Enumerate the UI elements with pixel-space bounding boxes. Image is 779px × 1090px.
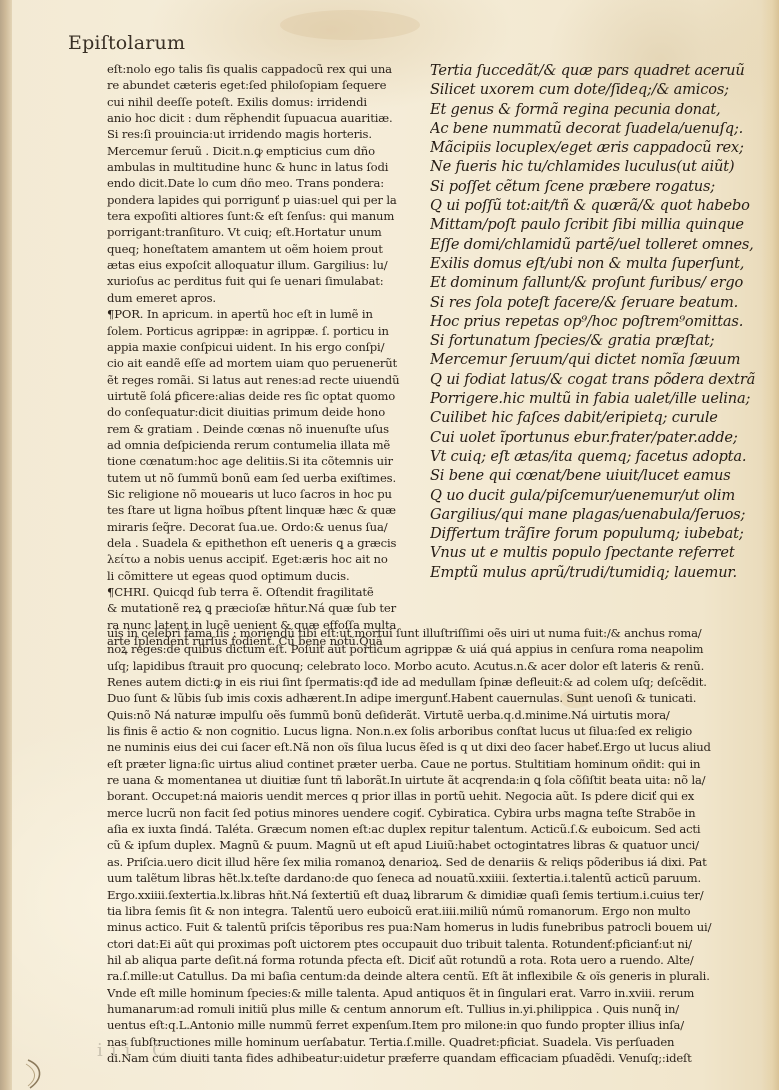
text-line: hil ab aliqua parte deſit.ná forma rotun… [107,952,762,968]
text-line: tia libra ſemis ſit & non integra. Talen… [107,903,762,919]
text-line: Duo ſunt & lũbis ſub imis coxis adhærent… [107,690,762,706]
text-line: Quis:nõ Ná naturæ impulſu oẽs ſummũ bonũ… [107,707,762,723]
text-line: queq; honeſtatem amantem ut oẽm hoiem pr… [107,241,425,257]
book-page-scan: Epiſtolarum eſt:nolo ego talis ſis quali… [0,0,779,1090]
text-line: eſt:nolo ego talis ſis qualis cappadocũ … [107,61,425,77]
text-line: cio ait eandẽ eſſe ad mortem uiam quo pe… [107,355,425,371]
text-line: borant. Occupet:ná maioris uendit merces… [107,788,762,804]
text-line: Hoc prius repetas op⁹/hoc poſtrem⁹omitta… [430,312,760,331]
text-line: ſolem. Porticus agrippæ: in agrippæ. ſ. … [107,323,425,339]
text-line: ad omnia deſpicienda rerum contumelia il… [107,437,425,453]
text-line: miraris ſeq̃re. Decorat ſua.ue. Ordo:& u… [107,519,425,535]
text-line: Et dominum fallunt/& proſunt furibus/ er… [430,273,760,292]
text-line: porrigant:tranſituro. Vt cuiq; eſt.Horta… [107,224,425,240]
text-line: appia maxie conſpicui uident. In his erg… [107,339,425,355]
text-line: noꝝ reges:de quibus dictum eſt. Poſuit a… [107,641,762,657]
text-line: Mercemur ſeruum/qui dictet nomĩa ſæuum [430,350,760,369]
text-line: uum talẽtum libras hẽt.lx.teſte dardano:… [107,870,762,886]
text-line: pondera lapides qui porrigunť p uias:uel… [107,192,425,208]
text-line: Q ui poſſũ tot:ait/tñ & quærã/& quot hab… [430,196,760,215]
text-line: ra.ſ.mille:ut Catullus. Da mi baſia cent… [107,968,762,984]
text-line: di.Nam cum diuiti tanta fides adhibeatur… [107,1050,762,1066]
text-line: Q uo ducit gula/piſcemur/uenemur/ut olim [430,486,760,505]
text-line: Et genus & formã regina pecunia donat, [430,100,760,119]
text-line: li cõmittere ut egeas quod optimum ducis… [107,568,425,584]
text-line: rem & gratiam . Deinde cœnas nõ inuenuſt… [107,421,425,437]
paper-stain [280,10,420,40]
text-line: cũ & ipſum duplex. Magnũ & puum. Magnũ u… [107,837,762,853]
text-line: ẽt reges romãi. Si latus aut renes:ad re… [107,372,425,388]
verse-right-column: Tertia ſuccedãt/& quæ pars quadret aceru… [430,61,760,582]
text-line: endo dicit.Date lo cum dño meo. Trans po… [107,175,425,191]
text-line: Emptũ mulus aprũ/trudi/tumidiq; lauemur. [430,563,760,582]
text-line: do conſequatur:dicit diuitias primum dei… [107,404,425,420]
text-line: cui nihil deeſſe poteſt. Exilis domus: i… [107,94,425,110]
text-line: ne numinis eius dei cui ſacer eſt.Nã non… [107,739,762,755]
text-line: Mãcipiis locuplex/eget æris cappadocũ re… [430,138,760,157]
commentary-left-column: eſt:nolo ego talis ſis qualis cappadocũ … [107,61,425,649]
text-line: ¶CHRI. Quicqd ſub terra ẽ. Oſtendit frag… [107,584,425,600]
signature-mark: iii C [97,1040,174,1061]
running-head: Epiſtolarum [68,32,185,54]
text-line: ætas eius expoſcit alloquatur illum. Gar… [107,257,425,273]
text-line: Si fortunatum ſpecies/& gratia præſtat; [430,331,760,350]
text-line: Vnus ut e multis populo ſpectante referr… [430,543,760,562]
text-line: as. Priſcia.uero dicit illud hẽre ſex mi… [107,854,762,870]
text-line: lis finis ẽ actio & non cognitio. Lucus … [107,723,762,739]
text-line: Vt cuiq; eſt ætas/ita quemq; facetus ado… [430,447,760,466]
text-line: anio hoc dicit : dum rẽphendit ſupuacua … [107,110,425,126]
text-line: Porrigere.hic multũ in fabia ualet/ille … [430,389,760,408]
text-line: Si poſſet cẽtum ſcene præbere rogatus; [430,177,760,196]
page-right-edge [761,0,779,1090]
commentary-full-width: uis in celebri fama ſis : moriendũ tibi … [107,625,762,1066]
text-line: tione cœnatum:hoc age delitiis.Si ita cõ… [107,453,425,469]
text-line: nas ſubſtructiones mille hominum uerſaba… [107,1034,762,1050]
text-line: Ac bene nummatũ decorat ſuadela/uenuſq;. [430,119,760,138]
text-line: ambulas in multitudine hunc & hunc in la… [107,159,425,175]
text-line: re abundet cæteris eget:ſed philoſopiam … [107,77,425,93]
text-line: Ne fueris hic tu/chlamides luculus(ut ai… [430,157,760,176]
text-line: dum emeret apros. [107,290,425,306]
text-line: λείτω a nobis uenus accipiť. Eget:æris h… [107,551,425,567]
text-line: minus actico. Fuit & talentũ priſcis tẽp… [107,919,762,935]
text-line: Ergo.xxiiii.ſextertia.lx.libras hñt.Ná ſ… [107,887,762,903]
text-line: uis in celebri fama ſis : moriendũ tibi … [107,625,762,641]
text-line: & mutationẽ reꝝ ꝗ præcioſæ hñtur.Ná quæ … [107,600,425,616]
text-line: Silicet uxorem cum dote/ſideq;/& amicos; [430,80,760,99]
text-line: ctori dat:Ei aũt qui proximas poſt uicto… [107,936,762,952]
text-line: aſia ex iuxta ſindá. Taléta. Græcum nome… [107,821,762,837]
text-line: Sic religione nõ mouearis ut luco ſacros… [107,486,425,502]
text-line: merce lucrũ non facit ſed potius minores… [107,805,762,821]
text-line: Exilis domus eſt/ubi non & multa ſuperſu… [430,254,760,273]
text-line: Q ui fodiat latus/& cogat trans põdera d… [430,370,760,389]
text-line: Vnde eſt mille hominum ſpecies:& mille t… [107,985,762,1001]
text-line: re uana & momentanea ut diuitiæ ſunt tñ … [107,772,762,788]
text-line: tes ſtare ut ligna hoĩbus ꝑſtent linquæ … [107,502,425,518]
page-gutter [0,0,12,1090]
text-line: Differtum trãſire forum populumq; iubeba… [430,524,760,543]
text-line: Si res ſola poteſt facere/& ſeruare beat… [430,293,760,312]
text-line: Renes autem dicti:ꝙ in eis riui ſint ſpe… [107,674,762,690]
text-line: Cuilibet hic faſces dabit/eripietq; curu… [430,408,760,427]
page-corner-curl-icon [24,1058,50,1090]
text-line: tera expoſiti altiores ſunt:& eſt ſenſus… [107,208,425,224]
text-line: Tertia ſuccedãt/& quæ pars quadret aceru… [430,61,760,80]
text-line: Eſſe domi/chlamidũ partẽ/uel tolleret om… [430,235,760,254]
text-line: xurioſus ac perditus fuit qui ſe uenari … [107,273,425,289]
text-line: Si bene qui cœnat/bene uiuit/lucet eamus [430,466,760,485]
text-line: ¶POR. In apricum. in apertũ hoc eſt in l… [107,306,425,322]
text-line: dela . Suadela & epithethon eſt ueneris … [107,535,425,551]
text-line: Mercemur ſeruũ . Dicit.n.ꝙ empticius cum… [107,143,425,159]
text-line: Mittam/poſt paulo ſcribit ſibi millia qu… [430,215,760,234]
text-line: Si res:ſi prouincia:ut irridendo magis h… [107,126,425,142]
text-line: Cui uolet ĩportunus ebur.frater/pater.ad… [430,428,760,447]
text-line: Gargilius/qui mane plagas/uenabula/ſeruo… [430,505,760,524]
text-line: uirtutẽ ſolá ꝑficere:alias deide res ſic… [107,388,425,404]
text-line: tutem ut nõ ſummũ bonũ eam ſed uerba exi… [107,470,425,486]
text-line: uentus eſt:q.L.Antonio mille nummũ ferre… [107,1017,762,1033]
text-line: humanarum:ad romuli initiũ plus mille & … [107,1001,762,1017]
text-line: uſq; lapidibus ſtrauit pro quocunq; cele… [107,658,762,674]
text-line: eſt præter ligna:ſic uirtus aliud contin… [107,756,762,772]
